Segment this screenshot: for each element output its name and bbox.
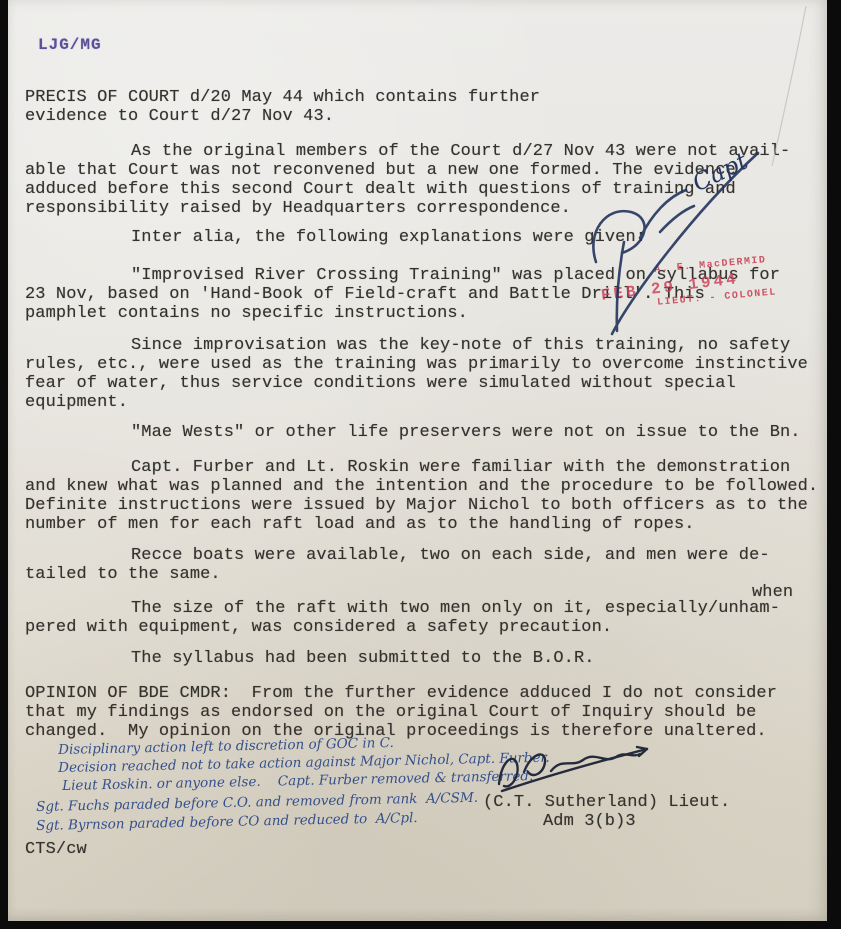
body-line: Recce boats were available, two on each … (131, 546, 770, 565)
body-line: equipment. (25, 393, 128, 412)
opinion-line: changed. My opinion on the original proc… (25, 722, 767, 741)
body-line: tailed to the same. (25, 565, 221, 584)
title-line: evidence to Court d/27 Nov 43. (25, 107, 334, 126)
signature-typed-unit: Adm 3(b)3 (543, 812, 636, 831)
reference-code: LJG/MG (38, 36, 102, 54)
body-line: pamphlet contains no specific instructio… (25, 304, 468, 323)
body-line: Since improvisation was the key-note of … (131, 336, 790, 355)
scan-edge-bottom (0, 921, 841, 929)
body-line: pered with equipment, was considered a s… (25, 618, 612, 637)
body-line: Inter alia, the following explanations w… (131, 228, 646, 247)
opinion-line: OPINION OF BDE CMDR: From the further ev… (25, 684, 777, 703)
body-line: and knew what was planned and the intent… (25, 477, 818, 496)
scan-edge-left (0, 0, 8, 929)
body-line: able that Court was not reconvened but a… (25, 161, 736, 180)
title-line: PRECIS OF COURT d/20 May 44 which contai… (25, 88, 540, 107)
signature-typed-name: (C.T. Sutherland) Lieut. (483, 793, 730, 812)
scanned-document-page: LJG/MG PRECIS OF COURT d/20 May 44 which… (0, 0, 841, 929)
body-line: Definite instructions were issued by Maj… (25, 496, 808, 515)
body-line: The size of the raft with two men only o… (131, 599, 780, 618)
body-line: As the original members of the Court d/2… (131, 142, 790, 161)
body-line: adduced before this second Court dealt w… (25, 180, 736, 199)
opinion-line: that my findings as endorsed on the orig… (25, 703, 756, 722)
body-line: responsibility raised by Headquarters co… (25, 199, 571, 218)
body-line: "Mae Wests" or other life preservers wer… (131, 423, 801, 442)
body-line: fear of water, thus service conditions w… (25, 374, 736, 393)
footer-reference: CTS/cw (25, 840, 87, 859)
body-line: rules, etc., were used as the training w… (25, 355, 808, 374)
body-line: number of men for each raft load and as … (25, 515, 695, 534)
body-line: Capt. Furber and Lt. Roskin were familia… (131, 458, 790, 477)
scan-edge-right (827, 0, 841, 929)
body-line: The syllabus had been submitted to the B… (131, 649, 595, 668)
